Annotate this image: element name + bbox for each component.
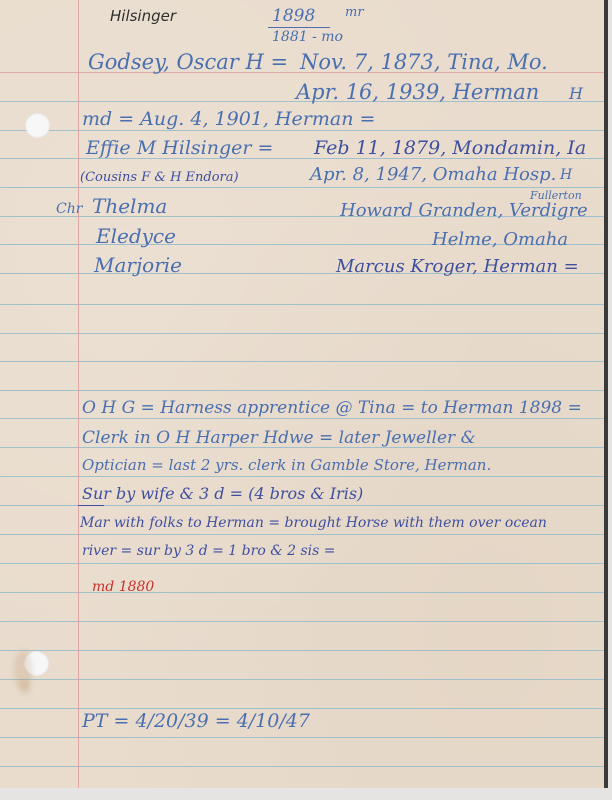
ruled-line (0, 418, 608, 419)
fraction-line (268, 27, 330, 28)
child-spouse-place: Howard Granden, Verdigre (340, 202, 588, 220)
child-name: Eledyce (96, 226, 176, 246)
bio-line: river = sur by 3 d = 1 bro & 2 sis = (82, 544, 336, 558)
fraction-top: 1898 (272, 8, 315, 25)
ruled-line (0, 361, 608, 362)
surname-tag: Hilsinger (110, 9, 176, 24)
subject-birth: Nov. 7, 1873, Tina, Mo. (300, 52, 548, 73)
ruled-line (0, 650, 608, 651)
punch-hole-top (25, 113, 50, 138)
notebook-page: Hilsinger 1898 mr 1881 - mo Godsey, Osca… (0, 0, 608, 788)
ruled-line (0, 766, 608, 767)
margin-line (78, 0, 79, 788)
fraction-bottom: 1881 - mo (272, 30, 343, 44)
subject-name: Godsey, Oscar H = (88, 52, 288, 73)
child-name: Marjorie (94, 255, 182, 275)
ruled-line (0, 187, 608, 188)
child-name: Thelma (92, 196, 167, 216)
ruled-line (0, 130, 608, 131)
ruled-line (0, 534, 608, 535)
spouse-note: (Cousins F & H Endora) (80, 171, 239, 184)
sur-underline (78, 505, 104, 506)
pt-line: PT = 4/20/39 = 4/10/47 (82, 712, 310, 731)
fraction-top-note: mr (345, 6, 364, 19)
ruled-line (0, 304, 608, 305)
spouse-death-mark: H (560, 168, 572, 182)
marriage-line: md = Aug. 4, 1901, Herman = (82, 110, 375, 129)
child-spouse-place: Marcus Kroger, Herman = (336, 258, 579, 276)
spouse-name: Effie M Hilsinger = (86, 139, 273, 158)
bio-line: Optician = last 2 yrs. clerk in Gamble S… (82, 458, 491, 473)
ruled-line (0, 708, 608, 709)
child-spouse-place: Helme, Omaha (432, 231, 568, 249)
bio-line: Clerk in O H Harper Hdwe = later Jewelle… (82, 430, 476, 447)
ruled-line (0, 737, 608, 738)
ruled-line (0, 563, 608, 564)
spouse-birth: Feb 11, 1879, Mondamin, Ia (314, 139, 586, 158)
ruled-line (0, 333, 608, 334)
paper-stain (20, 680, 30, 694)
subject-death: Apr. 16, 1939, Herman (296, 82, 539, 103)
children-label: Chr (56, 202, 82, 216)
ruled-line (0, 390, 608, 391)
scan-edge (604, 0, 608, 788)
bio-line: Mar with folks to Herman = brought Horse… (80, 516, 547, 530)
subject-death-mark: H (569, 86, 583, 102)
bio-line: O H G = Harness apprentice @ Tina = to H… (82, 400, 582, 417)
spouse-death: Apr. 8, 1947, Omaha Hosp. (310, 166, 556, 184)
ruled-line (0, 476, 608, 477)
bio-line: Sur by wife & 3 d = (4 bros & Iris) (82, 486, 363, 502)
red-note: md 1880 (92, 580, 154, 594)
ruled-line (0, 679, 608, 680)
ruled-line (0, 621, 608, 622)
